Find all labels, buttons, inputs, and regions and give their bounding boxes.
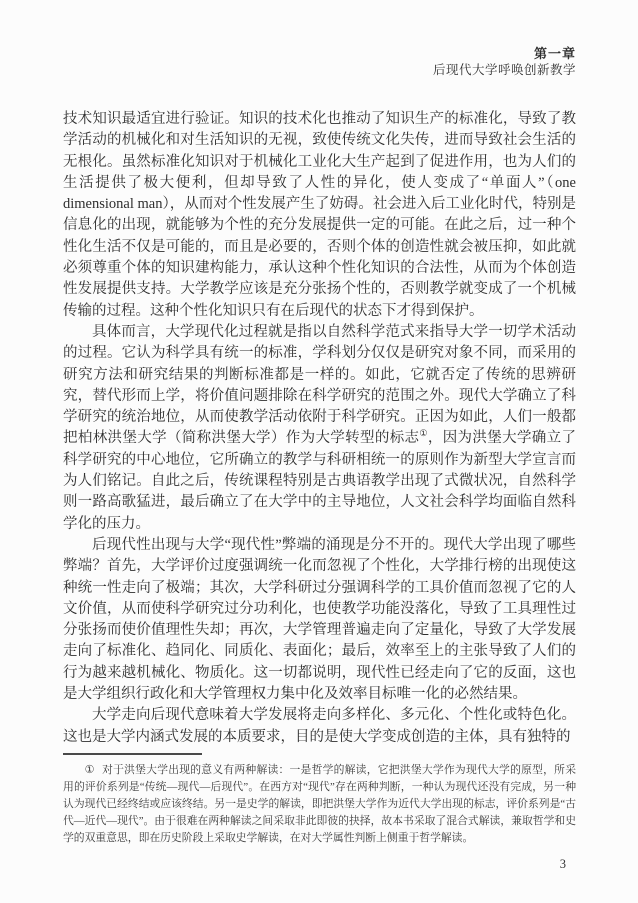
paragraph-1: 技术知识最适宜进行验证。知识的技术化也推动了知识生产的标准化，导致了教学活动的机… (63, 109, 576, 322)
footnote-marker: ① (85, 764, 95, 776)
paragraph-1-text: 技术知识最适宜进行验证。知识的技术化也推动了知识生产的标准化，导致了教学活动的机… (63, 111, 576, 319)
running-head: 第一章 后现代大学呼唤创新教学 (63, 45, 576, 79)
chapter-title: 后现代大学呼唤创新教学 (63, 62, 576, 79)
chapter-number: 第一章 (63, 45, 576, 62)
footnote-reference-mark: ① (419, 429, 427, 439)
footnote: ①对于洪堡大学出现的意义有两种解读：一是哲学的解读，它把洪堡大学作为现代大学的原… (63, 762, 576, 847)
footnote-text: 对于洪堡大学出现的意义有两种解读：一是哲学的解读，它把洪堡大学作为现代大学的原型… (63, 764, 576, 844)
body-text: 技术知识最适宜进行验证。知识的技术化也推动了知识生产的标准化，导致了教学活动的机… (63, 109, 576, 748)
footnote-separator (63, 753, 202, 755)
paragraph-2: 具体而言，大学现代化过程就是指以自然科学范式来指导大学一切学术活动的过程。它认为… (63, 322, 576, 535)
document-page: 第一章 后现代大学呼唤创新教学 技术知识最适宜进行验证。知识的技术化也推动了知识… (0, 0, 638, 903)
paragraph-4: 大学走向后现代意味着大学发展将走向多样化、多元化、个性化或特色化。这也是大学内涵… (63, 705, 576, 748)
page-number: 3 (560, 857, 566, 872)
paragraph-3: 后现代性出现与大学“现代性”弊端的涌现是分不开的。现代大学出现了哪些弊端？首先，… (63, 535, 576, 705)
paragraph-2-text-before-note: 具体而言，大学现代化过程就是指以自然科学范式来指导大学一切学术活动的过程。它认为… (63, 324, 576, 446)
